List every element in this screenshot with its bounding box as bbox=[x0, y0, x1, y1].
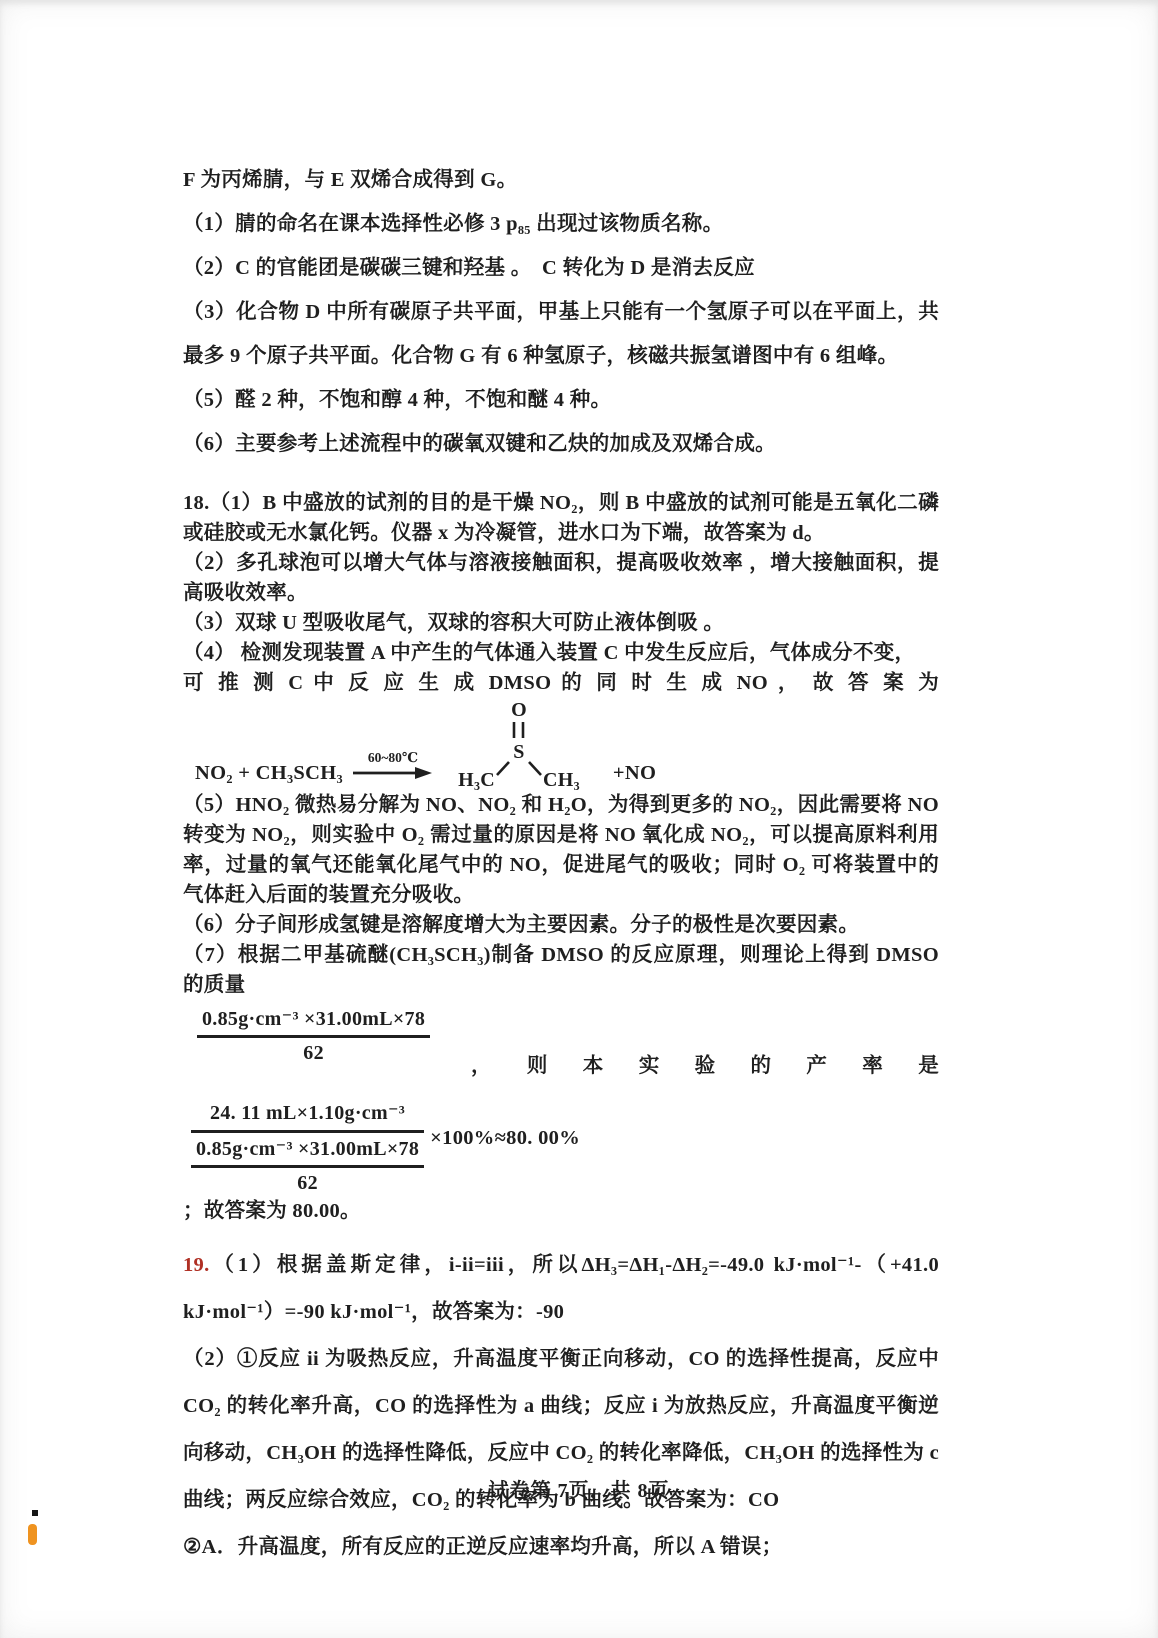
question-19-answer-section: 19.（1）根据盖斯定律，i-ii=iii，所以ΔH₃=ΔH₁-ΔH₂=-49.… bbox=[183, 1242, 939, 1571]
answer-item-6: （6）主要参考上述流程中的碳氧双键和乙炔的加成及双烯合成。 bbox=[183, 422, 939, 466]
reaction-condition: 60~80℃ bbox=[368, 750, 418, 765]
q18-answer-4-line2: 可 推 测 C 中 反 应 生 成 DMSO 的 同 时 生 成 NO ， 故 … bbox=[183, 668, 939, 698]
reaction-arrow-block: 60~80℃ bbox=[353, 750, 433, 790]
q18-answer-1: 18.（1）B 中盛放的试剂的目的是干燥 NO₂，则 B 中盛放的试剂可能是五氧… bbox=[183, 488, 939, 548]
answer-item-3: （3）化合物 D 中所有碳原子共平面，甲基上只能有一个氢原子可以在平面上，共最多… bbox=[183, 290, 939, 378]
q18-answer-3: （3）双球 U 型吸收尾气，双球的容积大可防止液体倒吸 。 bbox=[183, 608, 939, 638]
fraction2-denominator-denominator: 62 bbox=[191, 1168, 424, 1196]
sulfur-atom-label: S bbox=[513, 741, 524, 763]
fraction2-numerator: 24. 11 mL×1.10g·cm⁻³ bbox=[191, 1100, 424, 1133]
fraction2-denominator-numerator: 0.85g·cm⁻³ ×31.00mL×78 bbox=[191, 1136, 424, 1168]
page-footer: 试卷第 7页，共 8页 bbox=[0, 1474, 1158, 1503]
q18-answer-5: （5）HNO₂ 微热易分解为 NO、NO₂ 和 H₂O，为得到更多的 NO₂，因… bbox=[183, 790, 939, 910]
answer-item-5: （5）醛 2 种，不饱和醇 4 种，不饱和醚 4 种。 bbox=[183, 378, 939, 422]
watermark-i-icon bbox=[28, 1524, 37, 1545]
q18-answer-7: （7）根据二甲基硫醚(CH₃SCH₃)制备 DMSO 的反应原理，则理论上得到 … bbox=[183, 940, 939, 1000]
scan-artifact-dot bbox=[32, 1510, 38, 1516]
question-18-answer-section: 18.（1）B 中盛放的试剂的目的是干燥 NO₂，则 B 中盛放的试剂可能是五氧… bbox=[183, 488, 939, 1000]
reaction-arrow-icon bbox=[353, 765, 433, 781]
intro-line: F 为丙烯腈，与 E 双烯合成得到 G。 bbox=[183, 158, 939, 202]
dmso-structure-diagram: O S H₃C CH₃ bbox=[445, 698, 595, 790]
yield-result: ×100%≈80. 00% bbox=[430, 1127, 580, 1150]
fraction1-numerator: 0.85g·cm⁻³ ×31.00mL×78 bbox=[197, 1006, 430, 1038]
q18-answer-2: （2）多孔球泡可以增大气体与溶液接触面积，提高吸收效率 ，增大接触面积，提高吸收… bbox=[183, 548, 939, 608]
methyl-left-label: H₃C bbox=[458, 769, 495, 790]
answer-item-1: （1）腈的命名在课本选择性必修 3 p₈₅ 出现过该物质名称。 bbox=[183, 202, 939, 246]
yield-ratio-expression: 24. 11 mL×1.10g·cm⁻³ 0.85g·cm⁻³ ×31.00mL… bbox=[191, 1100, 939, 1196]
yield-calculation-block: 0.85g·cm⁻³ ×31.00mL×78 62 ， 则 本 实 验 的 产 … bbox=[183, 1006, 939, 1226]
q19-answer-2a: ②A．升高温度，所有反应的正逆反应速率均升高，所以 A 错误； bbox=[183, 1524, 939, 1571]
byproduct-no-label: +NO bbox=[613, 762, 656, 790]
oxygen-atom-label: O bbox=[511, 699, 527, 721]
answer-item-2: （2）C 的官能团是碳碳三键和羟基 。 C 转化为 D 是消去反应 bbox=[183, 246, 939, 290]
q19-answer-1-text: （1）根据盖斯定律，i-ii=iii，所以ΔH₃=ΔH₁-ΔH₂=-49.0 k… bbox=[183, 1254, 939, 1323]
q19-answer-1: 19.（1）根据盖斯定律，i-ii=iii，所以ΔH₃=ΔH₁-ΔH₂=-49.… bbox=[183, 1242, 939, 1336]
question-17-answer-section: F 为丙烯腈，与 E 双烯合成得到 G。 （1）腈的命名在课本选择性必修 3 p… bbox=[183, 158, 939, 466]
methyl-right-label: CH₃ bbox=[543, 769, 580, 790]
yield-sentence: ， 则 本 实 验 的 产 率 是 bbox=[471, 1046, 939, 1086]
question-19-number: 19. bbox=[183, 1254, 210, 1276]
q18-answer-4-line1: （4） 检测发现装置 A 中产生的气体通入装置 C 中发生反应后，气体成分不变， bbox=[183, 638, 939, 668]
yield-answer-line: ；故答案为 80.00。 bbox=[183, 1196, 939, 1226]
reactants-formula: NO₂ + CH₃SCH₃ bbox=[195, 762, 343, 790]
dmso-reaction-equation: NO₂ + CH₃SCH₃ 60~80℃ O S H₃C CH₃ +NO bbox=[195, 700, 939, 790]
exam-answer-document: F 为丙烯腈，与 E 双烯合成得到 G。 （1）腈的命名在课本选择性必修 3 p… bbox=[183, 158, 939, 1571]
q18-answer-6: （6）分子间形成氢键是溶解度增大为主要因素。分子的极性是次要因素。 bbox=[183, 910, 939, 940]
fraction1-denominator: 62 bbox=[197, 1038, 430, 1066]
